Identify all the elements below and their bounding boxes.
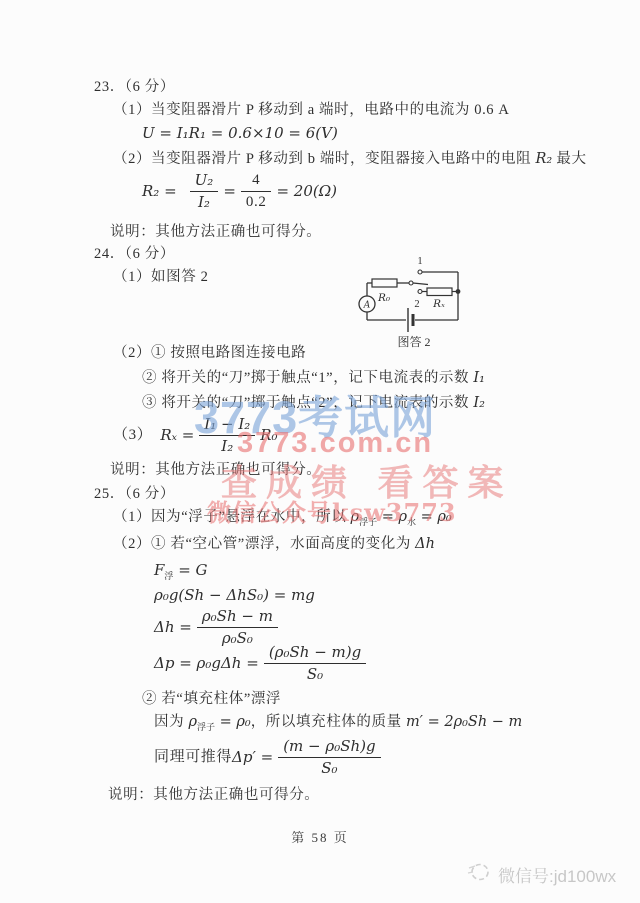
q23-f2-rhs: = 20(Ω)	[276, 182, 337, 201]
q25-f4-denominator: S₀	[264, 664, 366, 683]
q24-step3-symbol: I₂	[473, 395, 485, 411]
q25-item2b: ② 若“填充柱体”漂浮	[142, 690, 281, 709]
q25-f5-rho: ρ	[188, 714, 197, 730]
q25-note: 说明：其他方法正确也可得分。	[108, 786, 319, 805]
q25-f5-eq: = ρ₀	[215, 714, 251, 730]
wechat-logo-icon	[466, 860, 492, 889]
q23-item2-tail: 最大	[552, 151, 586, 167]
circuit-svg: A R₀ 1 2 Rₓ	[350, 252, 480, 352]
q23-item1: （1）当变阻器滑片 P 移动到 a 端时，电路中的电流为 0.6 A	[113, 101, 509, 120]
q25-formula-mass: 因为 ρ浮子 = ρ₀，所以填充柱体的质量 m′ = 2ρ₀Sh − m	[154, 713, 522, 737]
footer-wechat-label: 微信号:jd100wx	[498, 862, 616, 887]
q25-rho-water-sub: 水	[407, 517, 416, 527]
switch-blade	[413, 283, 428, 285]
q24-item3-index: （3）	[113, 426, 152, 445]
q24-item3-lhs: Rₓ =	[160, 426, 194, 445]
rx-label: Rₓ	[432, 298, 445, 310]
circuit-caption: 图答 2	[397, 335, 430, 349]
q24-formula-rx: （3） Rₓ = I₁ − I₂ I₂ R₀	[113, 416, 278, 455]
q23-f2-frac1-numerator: U₂	[190, 172, 219, 192]
exam-answer-page: 23．（6 分） （1）当变阻器滑片 P 移动到 a 端时，电路中的电流为 0.…	[0, 0, 640, 903]
q25-item2a: （2）① 若“空心管”漂浮，水面高度的变化为 Δh	[113, 535, 435, 554]
q23-formula-u: U = I₁R₁ = 0.6×10 = 6(V)	[142, 124, 338, 143]
q25-f5-rho-sub: 浮子	[197, 722, 215, 732]
contact2-label: 2	[414, 299, 419, 310]
contact2-terminal	[418, 290, 422, 294]
q25-rho-floater-sub: 浮子	[359, 517, 377, 527]
q23-item2: （2）当变阻器滑片 P 移动到 b 端时，变阻器接入电路中的电阻 R₂ 最大	[113, 150, 587, 169]
q23-f2-fraction2: 4 0.2	[241, 172, 272, 211]
contact1-label: 1	[417, 256, 422, 267]
q23-f2-equals: =	[223, 182, 236, 201]
q25-f6-lhs: Δp′ =	[232, 748, 273, 767]
q25-f4-numerator: (ρ₀Sh − m)g	[264, 644, 366, 664]
q24-note: 说明：其他方法正确也可得分。	[110, 461, 321, 480]
footer-wechat: 微信号:jd100wx	[466, 860, 616, 889]
q24-heading: 24．（6 分）	[94, 245, 175, 264]
q24-item3-rhs: R₀	[260, 426, 277, 445]
q25-f3-fraction: ρ₀Sh − m ρ₀S₀	[197, 608, 278, 647]
q25-f1-F: F	[154, 561, 164, 579]
q25-f6-numerator: (m − ρ₀Sh)g	[278, 738, 380, 758]
circuit-diagram: A R₀ 1 2 Rₓ	[350, 252, 480, 357]
q23-f2-frac2-denominator: 0.2	[241, 192, 272, 211]
contact1-terminal	[418, 270, 422, 274]
q23-f2-frac2-numerator: 4	[241, 172, 272, 192]
q24-item3-denominator: I₂	[199, 436, 255, 455]
q25-item2a-text: （2）① 若“空心管”漂浮，水面高度的变化为	[113, 536, 415, 552]
q24-step3-text: ③ 将开关的“刀”掷于触点“2”，记下电流表的示数	[142, 395, 473, 411]
q25-f4-lhs: Δp = ρ₀gΔh =	[154, 654, 259, 673]
q25-f6-fraction: (m − ρ₀Sh)g S₀	[278, 738, 380, 777]
resistor-r0	[372, 279, 397, 287]
q25-f4-fraction: (ρ₀Sh − m)g S₀	[264, 644, 366, 683]
q25-rho0: ρ₀	[437, 509, 451, 525]
q23-item2-text: （2）当变阻器滑片 P 移动到 b 端时，变阻器接入电路中的电阻	[113, 151, 535, 167]
q24-step2-text: ② 将开关的“刀”掷于触点“1”，记下电流表的示数	[142, 370, 473, 386]
q25-rho-floater: ρ	[351, 509, 360, 525]
q23-f2-fraction1: U₂ I₂	[190, 172, 219, 211]
q25-eq1: =	[377, 509, 398, 525]
q25-formula-equilibrium: ρ₀g(Sh − ΔhS₀) = mg	[154, 586, 315, 605]
q25-formula-dp-prime: 同理可推得 Δp′ = (m − ρ₀Sh)g S₀	[154, 738, 386, 777]
q24-step2: ② 将开关的“刀”掷于触点“1”，记下电流表的示数 I₁	[142, 369, 485, 388]
ammeter-label: A	[363, 301, 371, 311]
q23-item2-symbol: R₂	[535, 151, 552, 167]
q25-heading: 25．（6 分）	[94, 485, 175, 504]
q24-item3-fraction: I₁ − I₂ I₂	[199, 416, 255, 455]
q25-item2a-symbol: Δh	[415, 536, 435, 552]
q25-formula-dh: Δh = ρ₀Sh − m ρ₀S₀	[154, 608, 283, 647]
q25-item1: （1）因为“浮子”悬浮在水中，所以 ρ浮子 = ρ水 = ρ₀	[113, 508, 452, 532]
q25-rho-water: ρ	[398, 509, 407, 525]
q25-f6-denominator: S₀	[278, 758, 380, 777]
q23-formula-r2: R₂ = U₂ I₂ = 4 0.2 = 20(Ω)	[142, 172, 337, 211]
q25-f3-lhs: Δh =	[154, 618, 192, 637]
resistor-rx	[427, 288, 452, 296]
switch-pole	[409, 281, 413, 285]
page-number: 第 58 页	[0, 827, 640, 846]
q25-f3-numerator: ρ₀Sh − m	[197, 608, 278, 628]
q24-step3: ③ 将开关的“刀”掷于触点“2”，记下电流表的示数 I₂	[142, 394, 485, 413]
q25-formula-dp: Δp = ρ₀gΔh = (ρ₀Sh − m)g S₀	[154, 644, 371, 683]
q24-item3-numerator: I₁ − I₂	[199, 416, 255, 436]
q23-f2-frac1-denominator: I₂	[190, 192, 219, 211]
q24-item1: （1）如图答 2	[113, 268, 208, 287]
q25-eq2: =	[416, 509, 437, 525]
q25-f5-text2: ，所以填充柱体的质量	[251, 714, 406, 730]
q23-f2-lhs: R₂ =	[142, 182, 177, 201]
r0-label: R₀	[377, 292, 391, 304]
q23-note: 说明：其他方法正确也可得分。	[110, 223, 321, 242]
q25-f5-result: m′ = 2ρ₀Sh − m	[406, 714, 522, 730]
q25-item1-text: （1）因为“浮子”悬浮在水中，所以	[113, 509, 351, 525]
q25-formula-buoyancy: F浮 = G	[154, 561, 208, 586]
q24-step2-symbol: I₁	[473, 370, 485, 386]
q25-f6-text: 同理可推得	[154, 748, 232, 767]
q23-heading: 23．（6 分）	[94, 78, 175, 97]
q24-step1: （2）① 按照电路图连接电路	[113, 344, 306, 363]
q25-f5-text1: 因为	[154, 714, 188, 730]
q25-f1-rest: = G	[173, 561, 207, 579]
